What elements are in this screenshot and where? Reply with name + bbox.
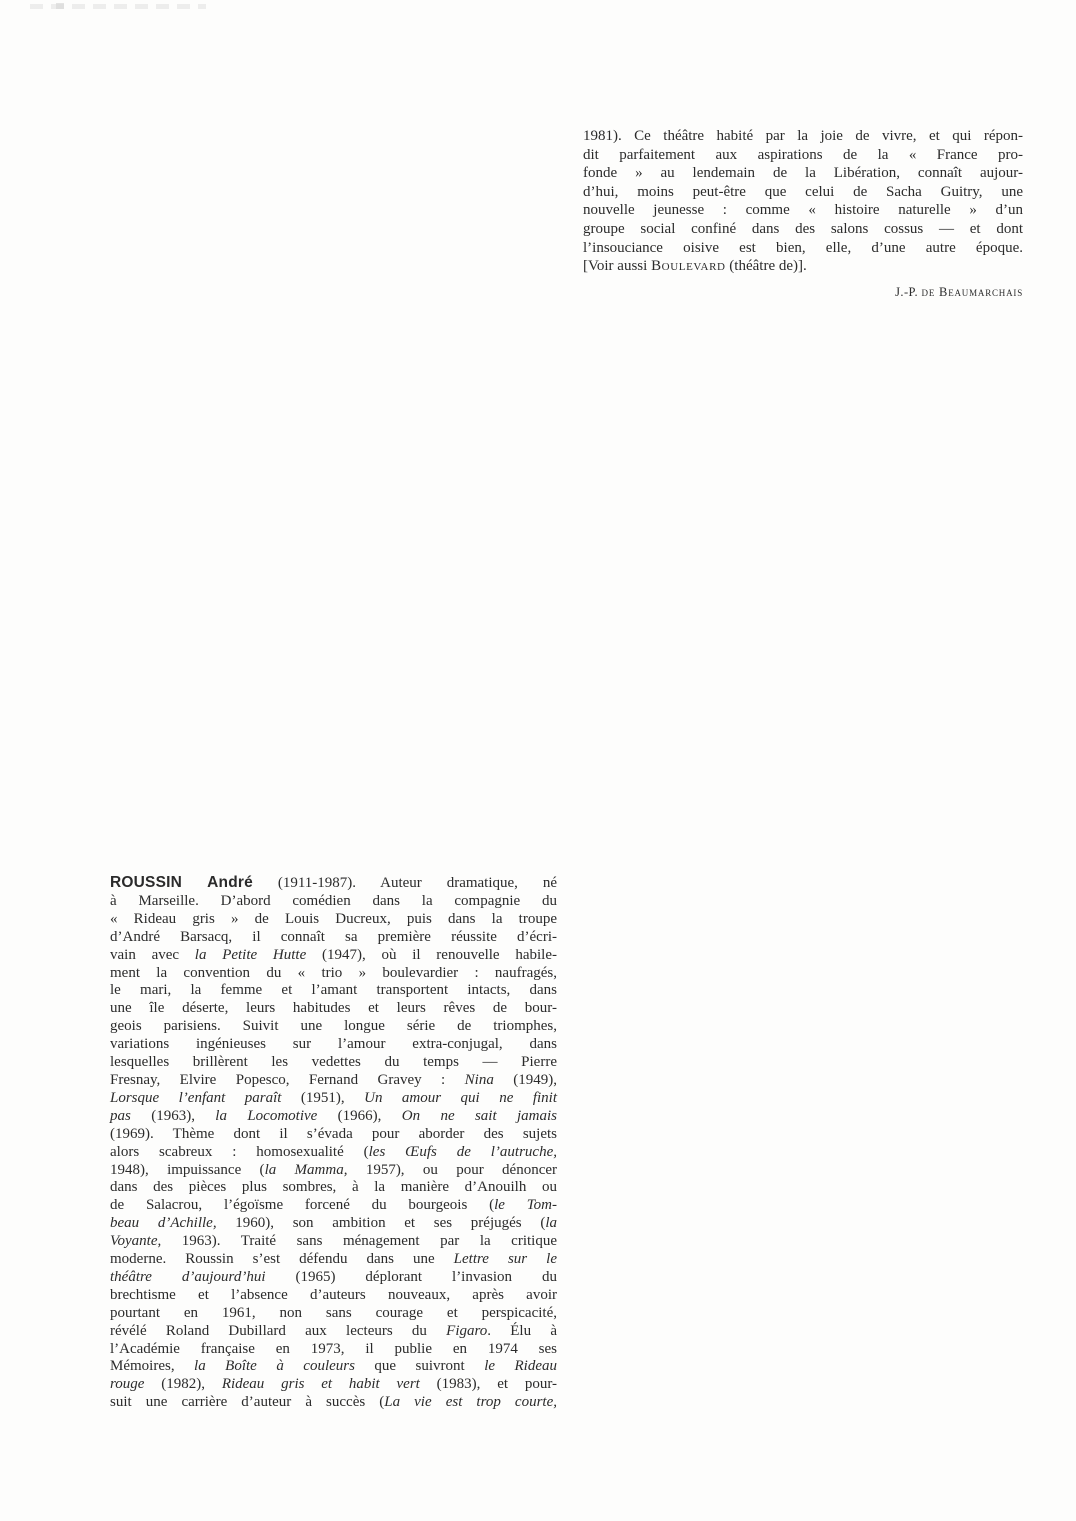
work-title: la Mamma,: [265, 1162, 348, 1178]
body-text: groupe social confiné dans des salons co…: [583, 221, 1023, 237]
body-text: lesquelles brillèrent les vedettes du te…: [110, 1054, 557, 1070]
text-line: suit une carrière d’auteur à succès (La …: [110, 1394, 557, 1412]
text-line: 1948), impuissance (la Mamma, 1957), ou …: [110, 1162, 557, 1180]
text-line: dans des pièces plus sombres, à la maniè…: [110, 1179, 557, 1197]
text-line: [Voir aussi Boulevard (théâtre de)].: [583, 257, 1023, 276]
work-title: beau d’Achille,: [110, 1215, 217, 1231]
body-text: le mari, la femme et l’amant transporten…: [110, 982, 557, 998]
text-line: de Salacrou, l’égoïsme forcené du bourge…: [110, 1197, 557, 1215]
body-text: dit parfaitement aux aspirations de la «…: [583, 147, 1023, 163]
work-title: pas: [110, 1108, 131, 1124]
work-title: le Tom-: [494, 1197, 557, 1213]
text-line: dit parfaitement aux aspirations de la «…: [583, 146, 1023, 165]
body-text: (1911-1987). Auteur dramatique, né: [253, 875, 557, 891]
text-line: l’insouciance oisive est bien, elle, d’u…: [583, 239, 1023, 258]
body-text: d’hui, moins peut-être que celui de Sach…: [583, 184, 1023, 200]
scanned-dictionary-page: 1981). Ce théâtre habité par la joie de …: [0, 0, 1076, 1521]
body-text: dans des pièces plus sombres, à la maniè…: [110, 1179, 557, 1195]
work-title: Figaro: [446, 1323, 487, 1339]
body-text: [Voir aussi: [583, 258, 651, 274]
scan-artifact-dot: [56, 3, 64, 9]
body-text: moderne. Roussin s’est défendu dans une: [110, 1251, 454, 1267]
body-text: alors scabreux : homosexualité (: [110, 1144, 369, 1160]
text-line: beau d’Achille, 1960), son ambition et s…: [110, 1215, 557, 1233]
body-text: variations ingénieuses sur l’amour extra…: [110, 1036, 557, 1052]
text-line: « Rideau gris » de Louis Ducreux, puis d…: [110, 911, 557, 929]
text-line: vain avec la Petite Hutte (1947), où il …: [110, 947, 557, 965]
text-line: ment la convention du « trio » boulevard…: [110, 965, 557, 983]
text-line: alors scabreux : homosexualité (les Œufs…: [110, 1144, 557, 1162]
work-title: la: [545, 1215, 557, 1231]
body-text: geois parisiens. Suivit une longue série…: [110, 1018, 557, 1034]
work-title: la Boîte à couleurs: [194, 1358, 355, 1374]
body-text: (1965) déplorant l’invasion du: [266, 1269, 557, 1285]
body-text: Fresnay, Elvire Popesco, Fernand Gravey …: [110, 1072, 465, 1088]
work-title: Nina: [465, 1072, 494, 1088]
body-text: (1949),: [494, 1072, 557, 1088]
body-text: (1969). Thème dont il s’évada pour abord…: [110, 1126, 557, 1142]
text-line: pourtant en 1961, non sans courage et pe…: [110, 1305, 557, 1323]
text-line: pas (1963), la Locomotive (1966), On ne …: [110, 1108, 557, 1126]
work-title: la Petite Hutte: [195, 947, 306, 963]
body-text: 1957), ou pour dénoncer: [347, 1162, 557, 1178]
signature-line: J.-P. de Beaumarchais: [583, 283, 1023, 302]
text-line: groupe social confiné dans des salons co…: [583, 220, 1023, 239]
body-text: pourtant en 1961, non sans courage et pe…: [110, 1305, 557, 1321]
body-text: une île déserte, leurs habitudes et leur…: [110, 1000, 557, 1016]
work-title: Un amour qui ne finit: [364, 1090, 557, 1106]
work-title: théâtre d’aujourd’hui: [110, 1269, 266, 1285]
body-text: révélé Roland Dubillard aux lecteurs du: [110, 1323, 446, 1339]
text-line: à Marseille. D’abord comédien dans la co…: [110, 893, 557, 911]
text-line: nouvelle jeunesse : comme « histoire nat…: [583, 201, 1023, 220]
body-text: (1951),: [281, 1090, 364, 1106]
body-text: 1948), impuissance (: [110, 1162, 265, 1178]
text-line: Lorsque l’enfant paraît (1951), Un amour…: [110, 1090, 557, 1108]
body-text: 1960), son ambition et ses préjugés (: [217, 1215, 546, 1231]
text-line: théâtre d’aujourd’hui (1965) déplorant l…: [110, 1269, 557, 1287]
text-line: révélé Roland Dubillard aux lecteurs du …: [110, 1323, 557, 1341]
text-line: lesquelles brillèrent les vedettes du te…: [110, 1054, 557, 1072]
headword: ROUSSIN André: [110, 874, 253, 891]
body-text: de Salacrou, l’égoïsme forcené du bourge…: [110, 1197, 494, 1213]
article-end-column: 1981). Ce théâtre habité par la joie de …: [583, 127, 1023, 276]
work-title: Voyante,: [110, 1233, 161, 1249]
body-text: nouvelle jeunesse : comme « histoire nat…: [583, 202, 1023, 218]
text-line: (1969). Thème dont il s’évada pour abord…: [110, 1126, 557, 1144]
signature-initials: J.-P.: [895, 285, 921, 299]
text-line: Mémoires, la Boîte à couleurs que suivro…: [110, 1358, 557, 1376]
body-text: fonde » au lendemain de la Libération, c…: [583, 165, 1023, 181]
text-line: brechtisme et l’absence d’auteurs nouvea…: [110, 1287, 557, 1305]
body-text: vain avec: [110, 947, 195, 963]
text-line: rouge (1982), Rideau gris et habit vert …: [110, 1376, 557, 1394]
work-title: Lorsque l’enfant paraît: [110, 1090, 281, 1106]
work-title: le Rideau: [484, 1358, 557, 1374]
roussin-article-column: ROUSSIN André (1911-1987). Auteur dramat…: [110, 874, 557, 1412]
work-title: On ne sait jamais: [402, 1108, 557, 1124]
text-line: d’André Barsacq, il connaît sa première …: [110, 929, 557, 947]
body-text: brechtisme et l’absence d’auteurs nouvea…: [110, 1287, 557, 1303]
body-text: ment la convention du « trio » boulevard…: [110, 965, 557, 981]
body-text: 1981). Ce théâtre habité par la joie de …: [583, 128, 1023, 144]
body-text: Boulevard: [651, 258, 725, 274]
text-line: geois parisiens. Suivit une longue série…: [110, 1018, 557, 1036]
text-line: 1981). Ce théâtre habité par la joie de …: [583, 127, 1023, 146]
signature-name: de Beaumarchais: [922, 285, 1023, 299]
body-text: que suivront: [355, 1358, 484, 1374]
author-signature: J.-P. de Beaumarchais: [583, 277, 1023, 302]
body-text: (1966),: [317, 1108, 401, 1124]
body-text: d’André Barsacq, il connaît sa première …: [110, 929, 557, 945]
body-text: (1983), et pour-: [420, 1376, 557, 1392]
work-title: Lettre sur le: [454, 1251, 557, 1267]
body-text: (1963),: [131, 1108, 215, 1124]
text-line: Fresnay, Elvire Popesco, Fernand Gravey …: [110, 1072, 557, 1090]
text-line: moderne. Roussin s’est défendu dans une …: [110, 1251, 557, 1269]
body-text: à Marseille. D’abord comédien dans la co…: [110, 893, 557, 909]
body-text: . Élu à: [487, 1323, 557, 1339]
body-text: l’Académie française en 1973, il publie …: [110, 1341, 557, 1357]
text-line: l’Académie française en 1973, il publie …: [110, 1341, 557, 1359]
body-text: « Rideau gris » de Louis Ducreux, puis d…: [110, 911, 557, 927]
body-text: Mémoires,: [110, 1358, 194, 1374]
text-line: variations ingénieuses sur l’amour extra…: [110, 1036, 557, 1054]
body-text: (1947), où il renouvelle habile-: [306, 947, 557, 963]
text-line: Voyante, 1963). Traité sans ménagement p…: [110, 1233, 557, 1251]
work-title: Rideau gris et habit vert: [222, 1376, 420, 1392]
body-text: suit une carrière d’auteur à succès (: [110, 1394, 384, 1410]
text-line: une île déserte, leurs habitudes et leur…: [110, 1000, 557, 1018]
work-title: La vie est trop courte,: [384, 1394, 557, 1410]
text-line: d’hui, moins peut-être que celui de Sach…: [583, 183, 1023, 202]
body-text: 1963). Traité sans ménagement par la cri…: [161, 1233, 557, 1249]
text-line: le mari, la femme et l’amant transporten…: [110, 982, 557, 1000]
body-text: l’insouciance oisive est bien, elle, d’u…: [583, 240, 1023, 256]
body-text: (théâtre de)].: [726, 258, 807, 274]
text-line: ROUSSIN André (1911-1987). Auteur dramat…: [110, 874, 557, 893]
work-title: les Œufs de l’autruche,: [369, 1144, 557, 1160]
work-title: rouge: [110, 1376, 144, 1392]
text-line: fonde » au lendemain de la Libération, c…: [583, 164, 1023, 183]
work-title: la Locomotive: [215, 1108, 317, 1124]
body-text: (1982),: [144, 1376, 221, 1392]
